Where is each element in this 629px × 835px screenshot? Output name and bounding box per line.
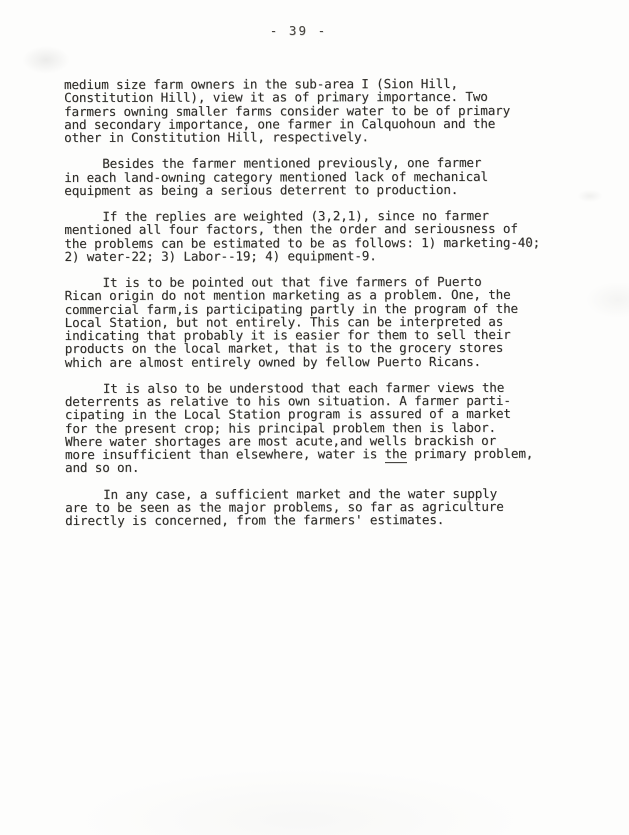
text-line: 2) water-22; 3) Labor--19; 4) equipment-…: [64, 248, 609, 263]
paragraph: Besides the farmer mentioned previously,…: [64, 156, 609, 197]
document-body: medium size farm owners in the sub-area …: [64, 77, 610, 541]
text-line: and so on.: [65, 460, 610, 475]
paragraph: In any case, a sufficient market and the…: [65, 486, 610, 527]
text-line: which are almost entirely owned by fello…: [65, 354, 610, 369]
text-line: other in Constitution Hill, respectively…: [64, 130, 609, 145]
text-line: more insufficient than elsewhere, water …: [65, 447, 610, 462]
document-page: - 39 - medium size farm owners in the su…: [0, 0, 629, 835]
paragraph: If the replies are weighted (3,2,1), sin…: [64, 209, 609, 263]
paragraph: It is also to be understood that each fa…: [65, 380, 610, 474]
text-line: equipment as being a serious deterrent t…: [64, 182, 609, 197]
underlined-word: the: [385, 446, 407, 463]
page-number: - 39 -: [0, 23, 613, 38]
text-line: directly is concerned, from the farmers'…: [65, 513, 610, 528]
text-segment: primary problem,: [407, 446, 533, 461]
paragraph: medium size farm owners in the sub-area …: [64, 77, 609, 145]
paragraph: It is to be pointed out that five farmer…: [65, 275, 610, 369]
